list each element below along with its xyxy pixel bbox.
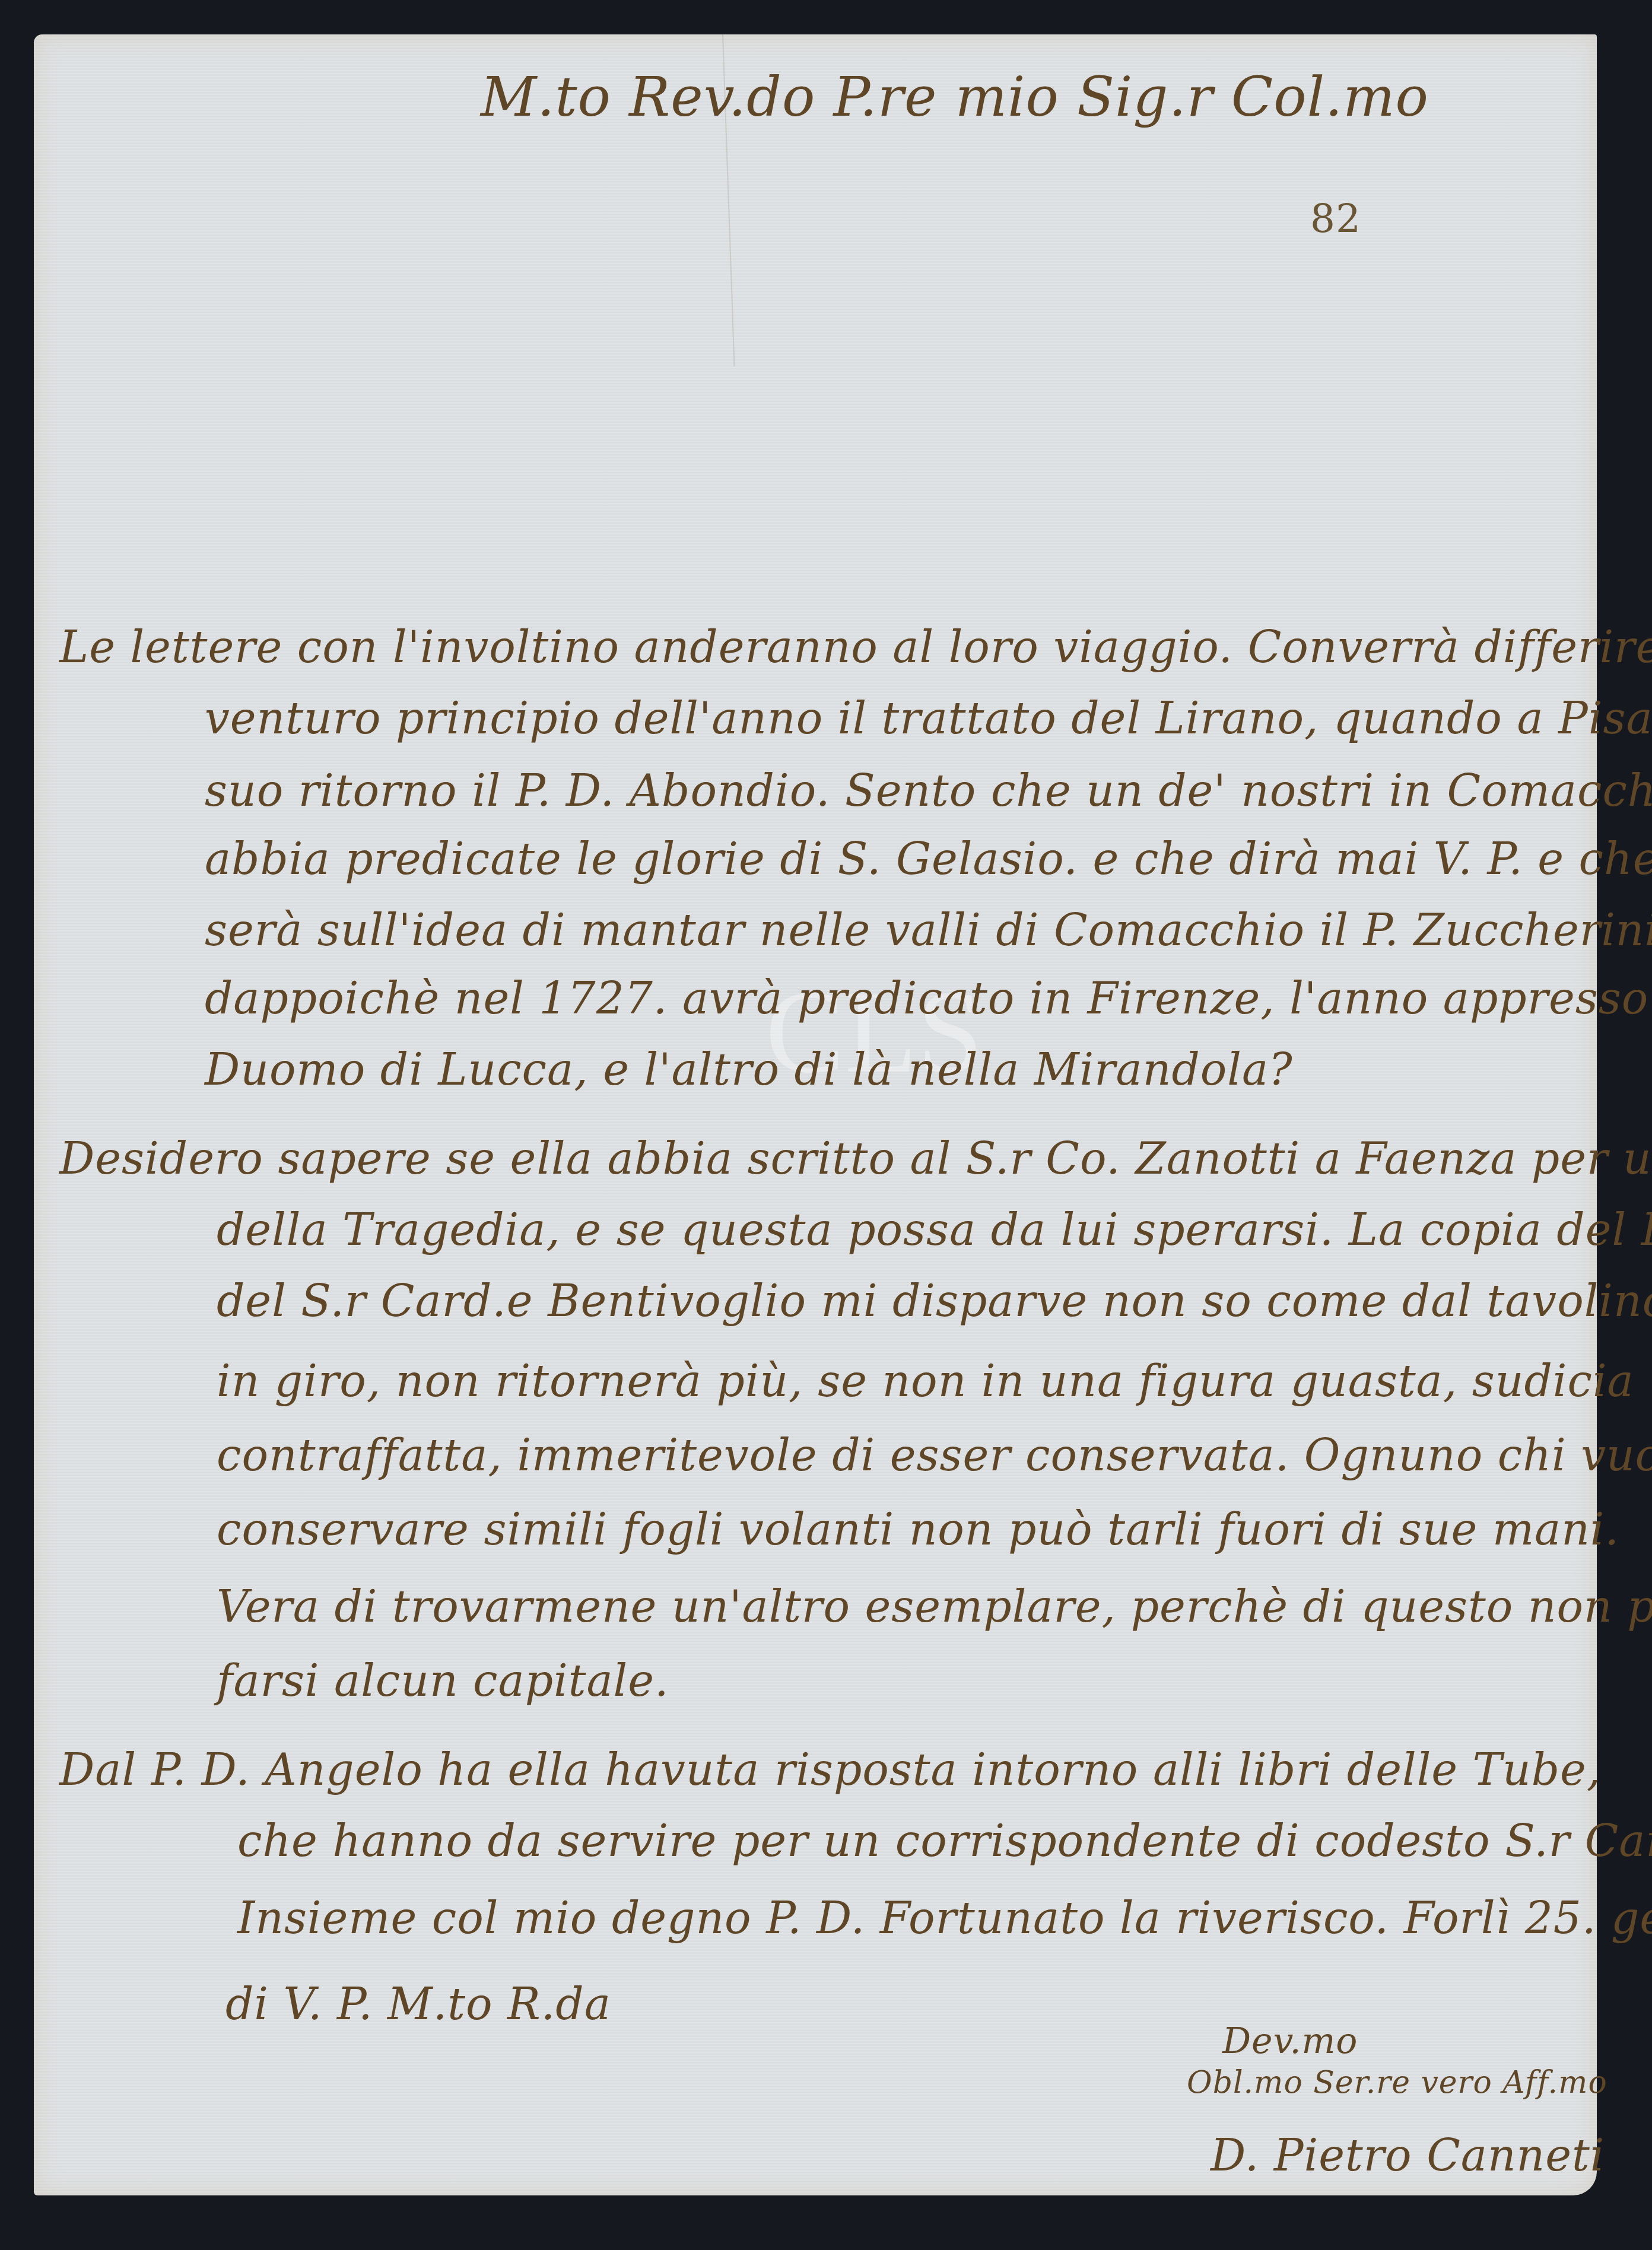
letter-line: venturo principio dell'anno il trattato … (205, 693, 1652, 744)
letter-line: del S.r Card.e Bentivoglio mi disparve n… (217, 1276, 1652, 1327)
letter-line: Desidero sapere se ella abbia scritto al… (59, 1133, 1652, 1184)
letter-line: farsi alcun capitale. (217, 1655, 669, 1706)
signature: D. Pietro Canneti (1211, 2130, 1605, 2181)
letter-line: Le lettere con l'involtino anderanno al … (59, 622, 1652, 673)
letter-line: abbia predicate le glorie di S. Gelasio.… (205, 834, 1652, 885)
folio-number: 82 (1310, 196, 1361, 241)
letter-line: contraffatta, immeritevole di esser cons… (217, 1430, 1652, 1481)
letter-line: suo ritorno il P. D. Abondio. Sento che … (205, 765, 1652, 816)
letter-line: Insieme col mio degno P. D. Fortunato la… (237, 1893, 1652, 1944)
letter-line: che hanno da servire per un corrisponden… (237, 1816, 1652, 1867)
salutation: M.to Rev.do P.re mio Sig.r Col.mo (481, 65, 1429, 129)
letter-line: della Tragedia, e se questa possa da lui… (217, 1205, 1652, 1256)
closing-line-2: Obl.mo Ser.re vero Aff.mo (1187, 2065, 1607, 2100)
letter-line: Duomo di Lucca, e l'altro di là nella Mi… (205, 1044, 1293, 1095)
letter-line: serà sull'idea di mantar nelle valli di … (205, 905, 1652, 956)
letter-line: in giro, non ritornerà più, se non in un… (217, 1356, 1634, 1407)
letter-line: dappoichè nel 1727. avrà predicato in Fi… (205, 973, 1652, 1024)
closing-line-1: Dev.mo (1222, 2020, 1358, 2062)
letter-line: di V. P. M.to R.da (225, 1979, 611, 2030)
letter-line: Dal P. D. Angelo ha ella havuta risposta… (59, 1744, 1601, 1795)
letter-line: conservare simili fogli volanti non può … (217, 1504, 1619, 1555)
letter-line: Vera di trovarmene un'altro esemplare, p… (217, 1581, 1652, 1632)
